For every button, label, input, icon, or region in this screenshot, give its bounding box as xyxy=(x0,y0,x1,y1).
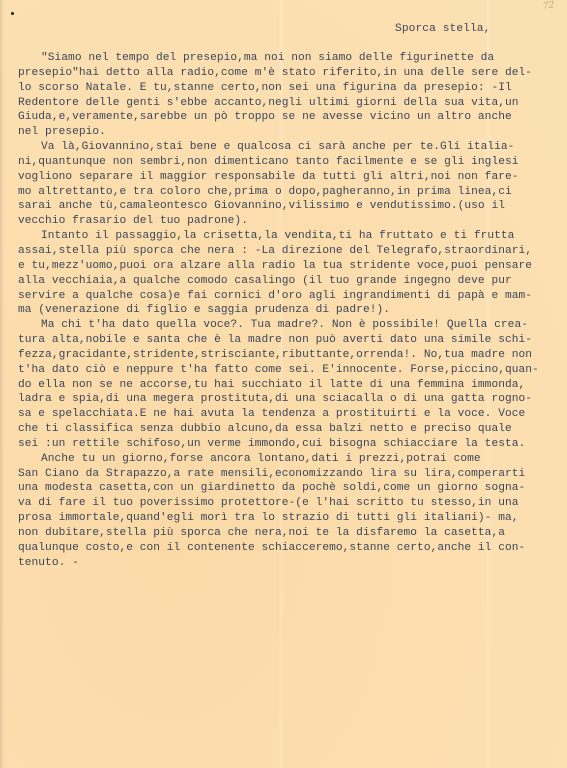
text-line: non dubitare,stella più sporca che nera,… xyxy=(18,526,563,541)
text-line: ni,quantunque non sembri,non dimenticano… xyxy=(18,155,563,170)
text-line: alla vecchiaia,a qualche comodo casaling… xyxy=(18,274,563,289)
text-line: "Siamo nel tempo del presepio,ma noi non… xyxy=(18,51,563,66)
text-line: mo altrettanto,e tra coloro che,prima o … xyxy=(18,185,563,200)
text-line: ma (venerazione di figlio e saggia prude… xyxy=(18,303,563,318)
archive-number: 72 xyxy=(542,0,555,11)
text-line: servire a qualche cosa)e fai cornici d'o… xyxy=(18,289,563,304)
text-line: che ti classifica senza dubbio alcuno,da… xyxy=(18,422,563,437)
text-line: vecchio frasario del tuo padrone). xyxy=(18,214,563,229)
salutation: Sporca stella, xyxy=(395,23,490,35)
text-line: Va là,Giovannino,stai bene e qualcosa ci… xyxy=(18,140,563,155)
text-line: e tu,mezz'uomo,puoi ora alzare alla radi… xyxy=(18,259,563,274)
text-line: do ella non se ne accorse,tu hai succhia… xyxy=(18,378,563,393)
text-line: qualunque costo,e con il contenente schi… xyxy=(18,541,563,556)
text-line: nel presepio. xyxy=(18,125,563,140)
text-line: Anche tu un giorno,forse ancora lontano,… xyxy=(18,452,563,467)
text-line: San Ciano da Strapazzo,a rate mensili,ec… xyxy=(18,467,563,482)
text-line: Intanto il passaggio,la crisetta,la vend… xyxy=(18,229,563,244)
text-line: tenuto. - xyxy=(18,556,563,571)
text-line: fezza,gracidante,stridente,strisciante,r… xyxy=(18,348,563,363)
text-line: Ma chi t'ha dato quella voce?. Tua madre… xyxy=(18,318,563,333)
text-line: vogliono separare il maggior responsabil… xyxy=(18,170,563,185)
text-line: lo scorso Natale. E tu,stanne certo,non … xyxy=(18,81,563,96)
letter-body: "Siamo nel tempo del presepio,ma noi non… xyxy=(18,51,563,571)
text-line: sa e spelacchiata.E ne hai avuta la tend… xyxy=(18,407,563,422)
text-line: sei :un rettile schifoso,un verme immond… xyxy=(18,437,563,452)
text-line: va di fare il tuo poverissimo protettore… xyxy=(18,496,563,511)
text-line: sarai anche tù,camaleontesco Giovannino,… xyxy=(18,199,563,214)
text-line: Redentore delle genti s'ebbe accanto,neg… xyxy=(18,96,563,111)
text-line: una modesta casetta,con un giardinetto d… xyxy=(18,481,563,496)
text-line: Giuda,e,veramente,sarebbe un pò troppo s… xyxy=(18,110,563,125)
text-line: assai,stella più sporca che nera : -La d… xyxy=(18,244,563,259)
letter-page: 72 Sporca stella, "Siamo nel tempo del p… xyxy=(0,0,567,768)
text-line: ladra e spia,di una megera prostituta,di… xyxy=(18,392,563,407)
text-line: t'ha dato ciò e neppure t'ha fatto come … xyxy=(18,363,563,378)
text-line: prosa immortale,quand'egli morì tra lo s… xyxy=(18,511,563,526)
text-line: presepio"hai detto alla radio,come m'è s… xyxy=(18,66,563,81)
punch-mark xyxy=(11,12,14,15)
text-line: tura alta,nobile e santa che è la madre … xyxy=(18,333,563,348)
